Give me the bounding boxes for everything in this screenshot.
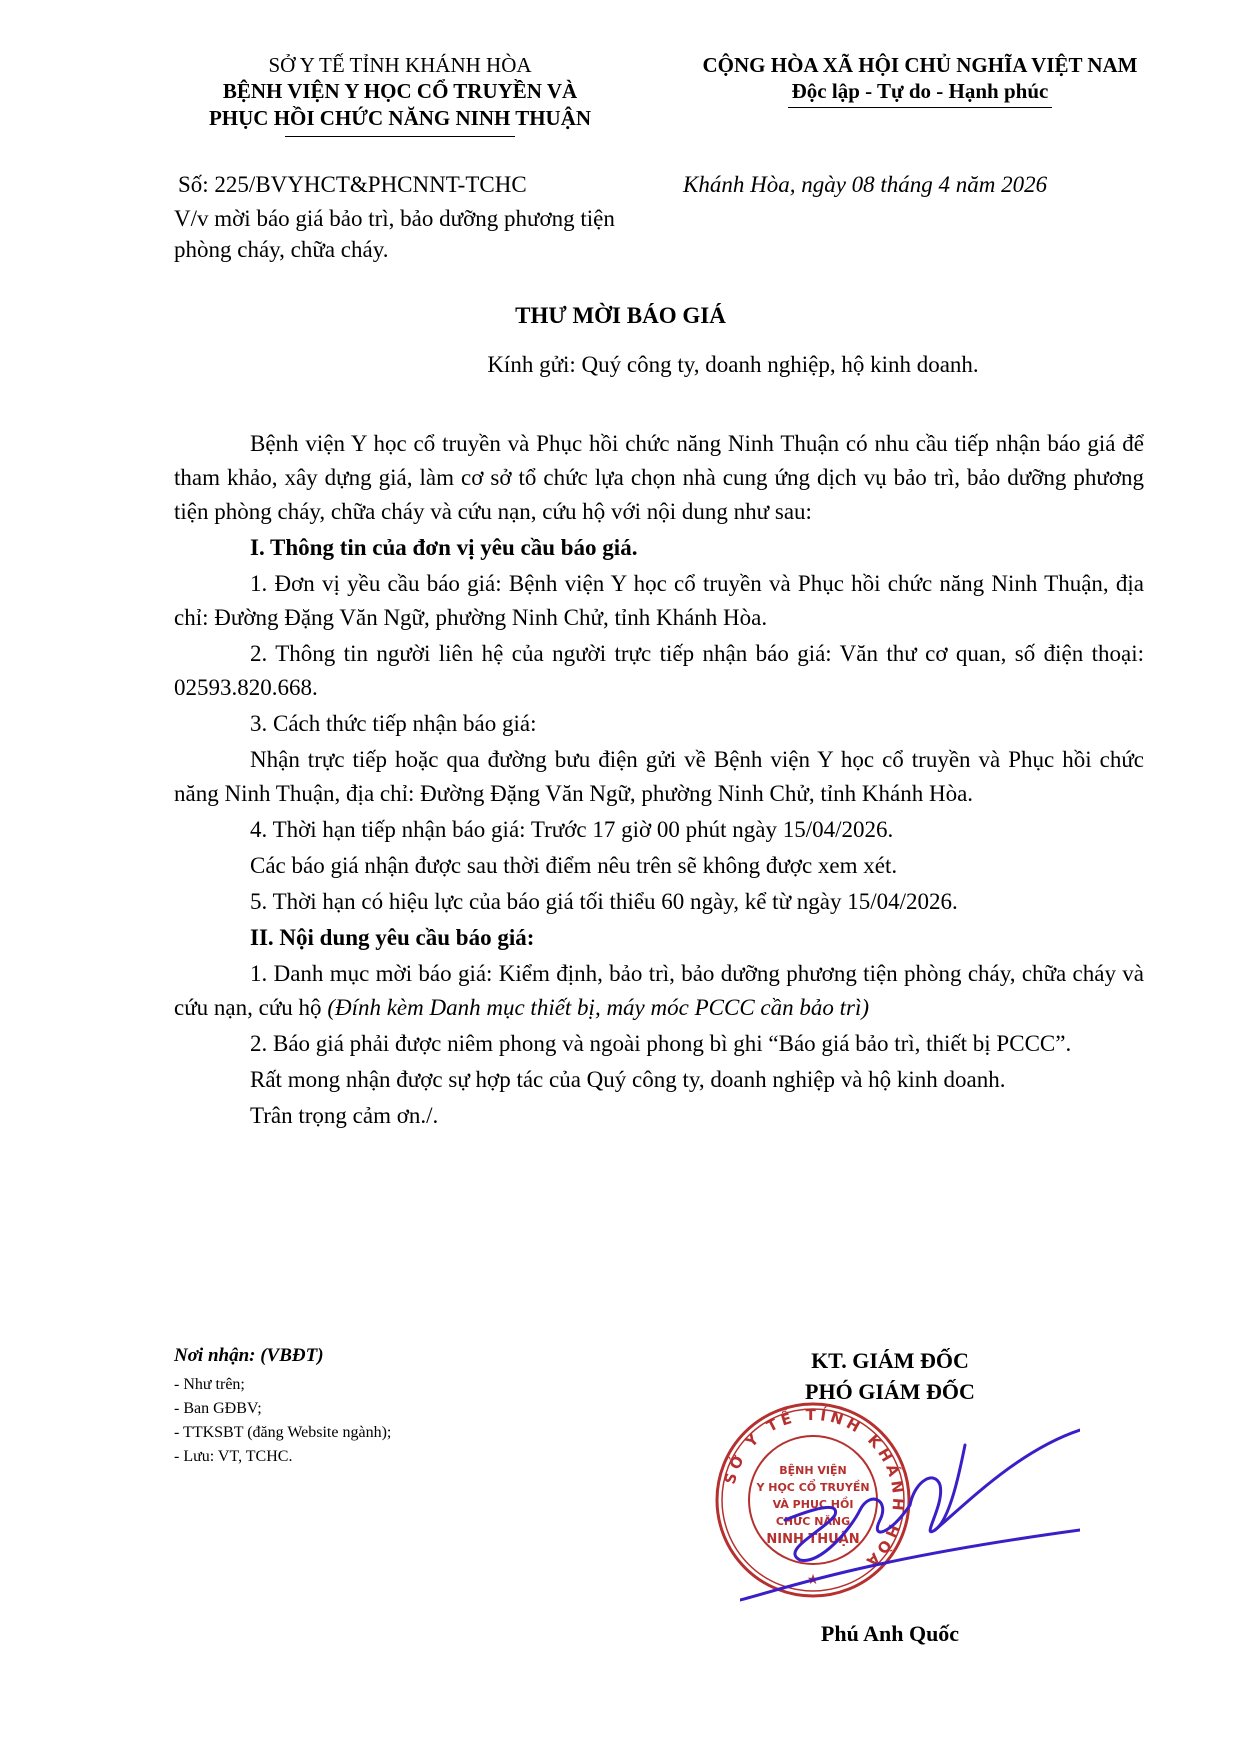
- document-number: Số: 225/BVYHCT&PHCNNT-TCHC: [178, 172, 527, 198]
- signer-authority: KT. GIÁM ĐỐC: [740, 1345, 1040, 1376]
- section-1-heading: I. Thông tin của đơn vị yêu cầu báo giá.: [174, 531, 1144, 565]
- document-title: THƯ MỜI BÁO GIÁ: [0, 303, 1241, 329]
- closing-request: Rất mong nhận được sự hợp tác của Quý cô…: [174, 1063, 1144, 1097]
- agency-name-line2: PHỤC HỒI CHỨC NĂNG NINH THUẬN: [140, 105, 660, 132]
- document-body: Bệnh viện Y học cổ truyền và Phục hồi ch…: [174, 427, 1144, 1133]
- section-1-item-1: 1. Đơn vị yều cầu báo giá: Bệnh viện Y h…: [174, 567, 1144, 635]
- recipients-heading: Nơi nhận: (VBĐT): [174, 1345, 594, 1367]
- section-2-item-1-attachment-note: (Đính kèm Danh mục thiết bị, máy móc PCC…: [327, 995, 869, 1020]
- country-name: CỘNG HÒA XÃ HỘI CHỦ NGHĨA VIỆT NAM: [660, 52, 1180, 78]
- section-1-item-2: 2. Thông tin người liên hệ của người trự…: [174, 637, 1144, 705]
- agency-name-line1: BỆNH VIỆN Y HỌC CỔ TRUYỀN VÀ: [140, 78, 660, 105]
- recipient-item: - Lưu: VT, TCHC.: [174, 1445, 594, 1469]
- section-1-item-4: 4. Thời hạn tiếp nhận báo giá: Trước 17 …: [174, 813, 1144, 847]
- national-motto-header: CỘNG HÒA XÃ HỘI CHỦ NGHĨA VIỆT NAM Độc l…: [660, 52, 1180, 108]
- header-divider: [285, 136, 515, 137]
- document-date: Khánh Hòa, ngày 08 tháng 4 năm 2026: [683, 172, 1047, 198]
- intro-paragraph: Bệnh viện Y học cổ truyền và Phục hồi ch…: [174, 427, 1144, 529]
- section-1-item-3: 3. Cách thức tiếp nhận báo giá:: [174, 707, 1144, 741]
- recipient-item: - Như trên;: [174, 1373, 594, 1397]
- section-2-item-2: 2. Báo giá phải được niêm phong và ngoài…: [174, 1027, 1144, 1061]
- motto: Độc lập - Tự do - Hạnh phúc: [788, 78, 1053, 108]
- recipients-block: Nơi nhận: (VBĐT) - Như trên; - Ban GĐBV;…: [174, 1345, 594, 1469]
- section-2-heading: II. Nội dung yêu cầu báo giá:: [174, 921, 1144, 955]
- recipient-item: - Ban GĐBV;: [174, 1397, 594, 1421]
- closing-thanks: Trân trọng cảm ơn./.: [174, 1099, 1144, 1133]
- issuing-agency-header: SỞ Y TẾ TỈNH KHÁNH HÒA BỆNH VIỆN Y HỌC C…: [140, 52, 660, 137]
- signer-title: PHÓ GIÁM ĐỐC: [740, 1376, 1040, 1407]
- section-2-item-1: 1. Danh mục mời báo giá: Kiểm định, bảo …: [174, 957, 1144, 1025]
- parent-agency: SỞ Y TẾ TỈNH KHÁNH HÒA: [140, 52, 660, 78]
- handwritten-signature-icon: [740, 1410, 1080, 1610]
- greeting: Kính gửi: Quý công ty, doanh nghiệp, hộ …: [0, 352, 1241, 378]
- signer-name: Phú Anh Quốc: [740, 1621, 1040, 1647]
- section-1-item-5: 5. Thời hạn có hiệu lực của báo giá tối …: [174, 885, 1144, 919]
- recipient-item: - TTKSBT (đăng Website ngành);: [174, 1421, 594, 1445]
- section-1-item-4-note: Các báo giá nhận được sau thời điểm nêu …: [174, 849, 1144, 883]
- document-subject: V/v mời báo giá bảo trì, bảo dưỡng phươn…: [174, 203, 654, 265]
- section-1-item-3-detail: Nhận trực tiếp hoặc qua đường bưu điện g…: [174, 743, 1144, 811]
